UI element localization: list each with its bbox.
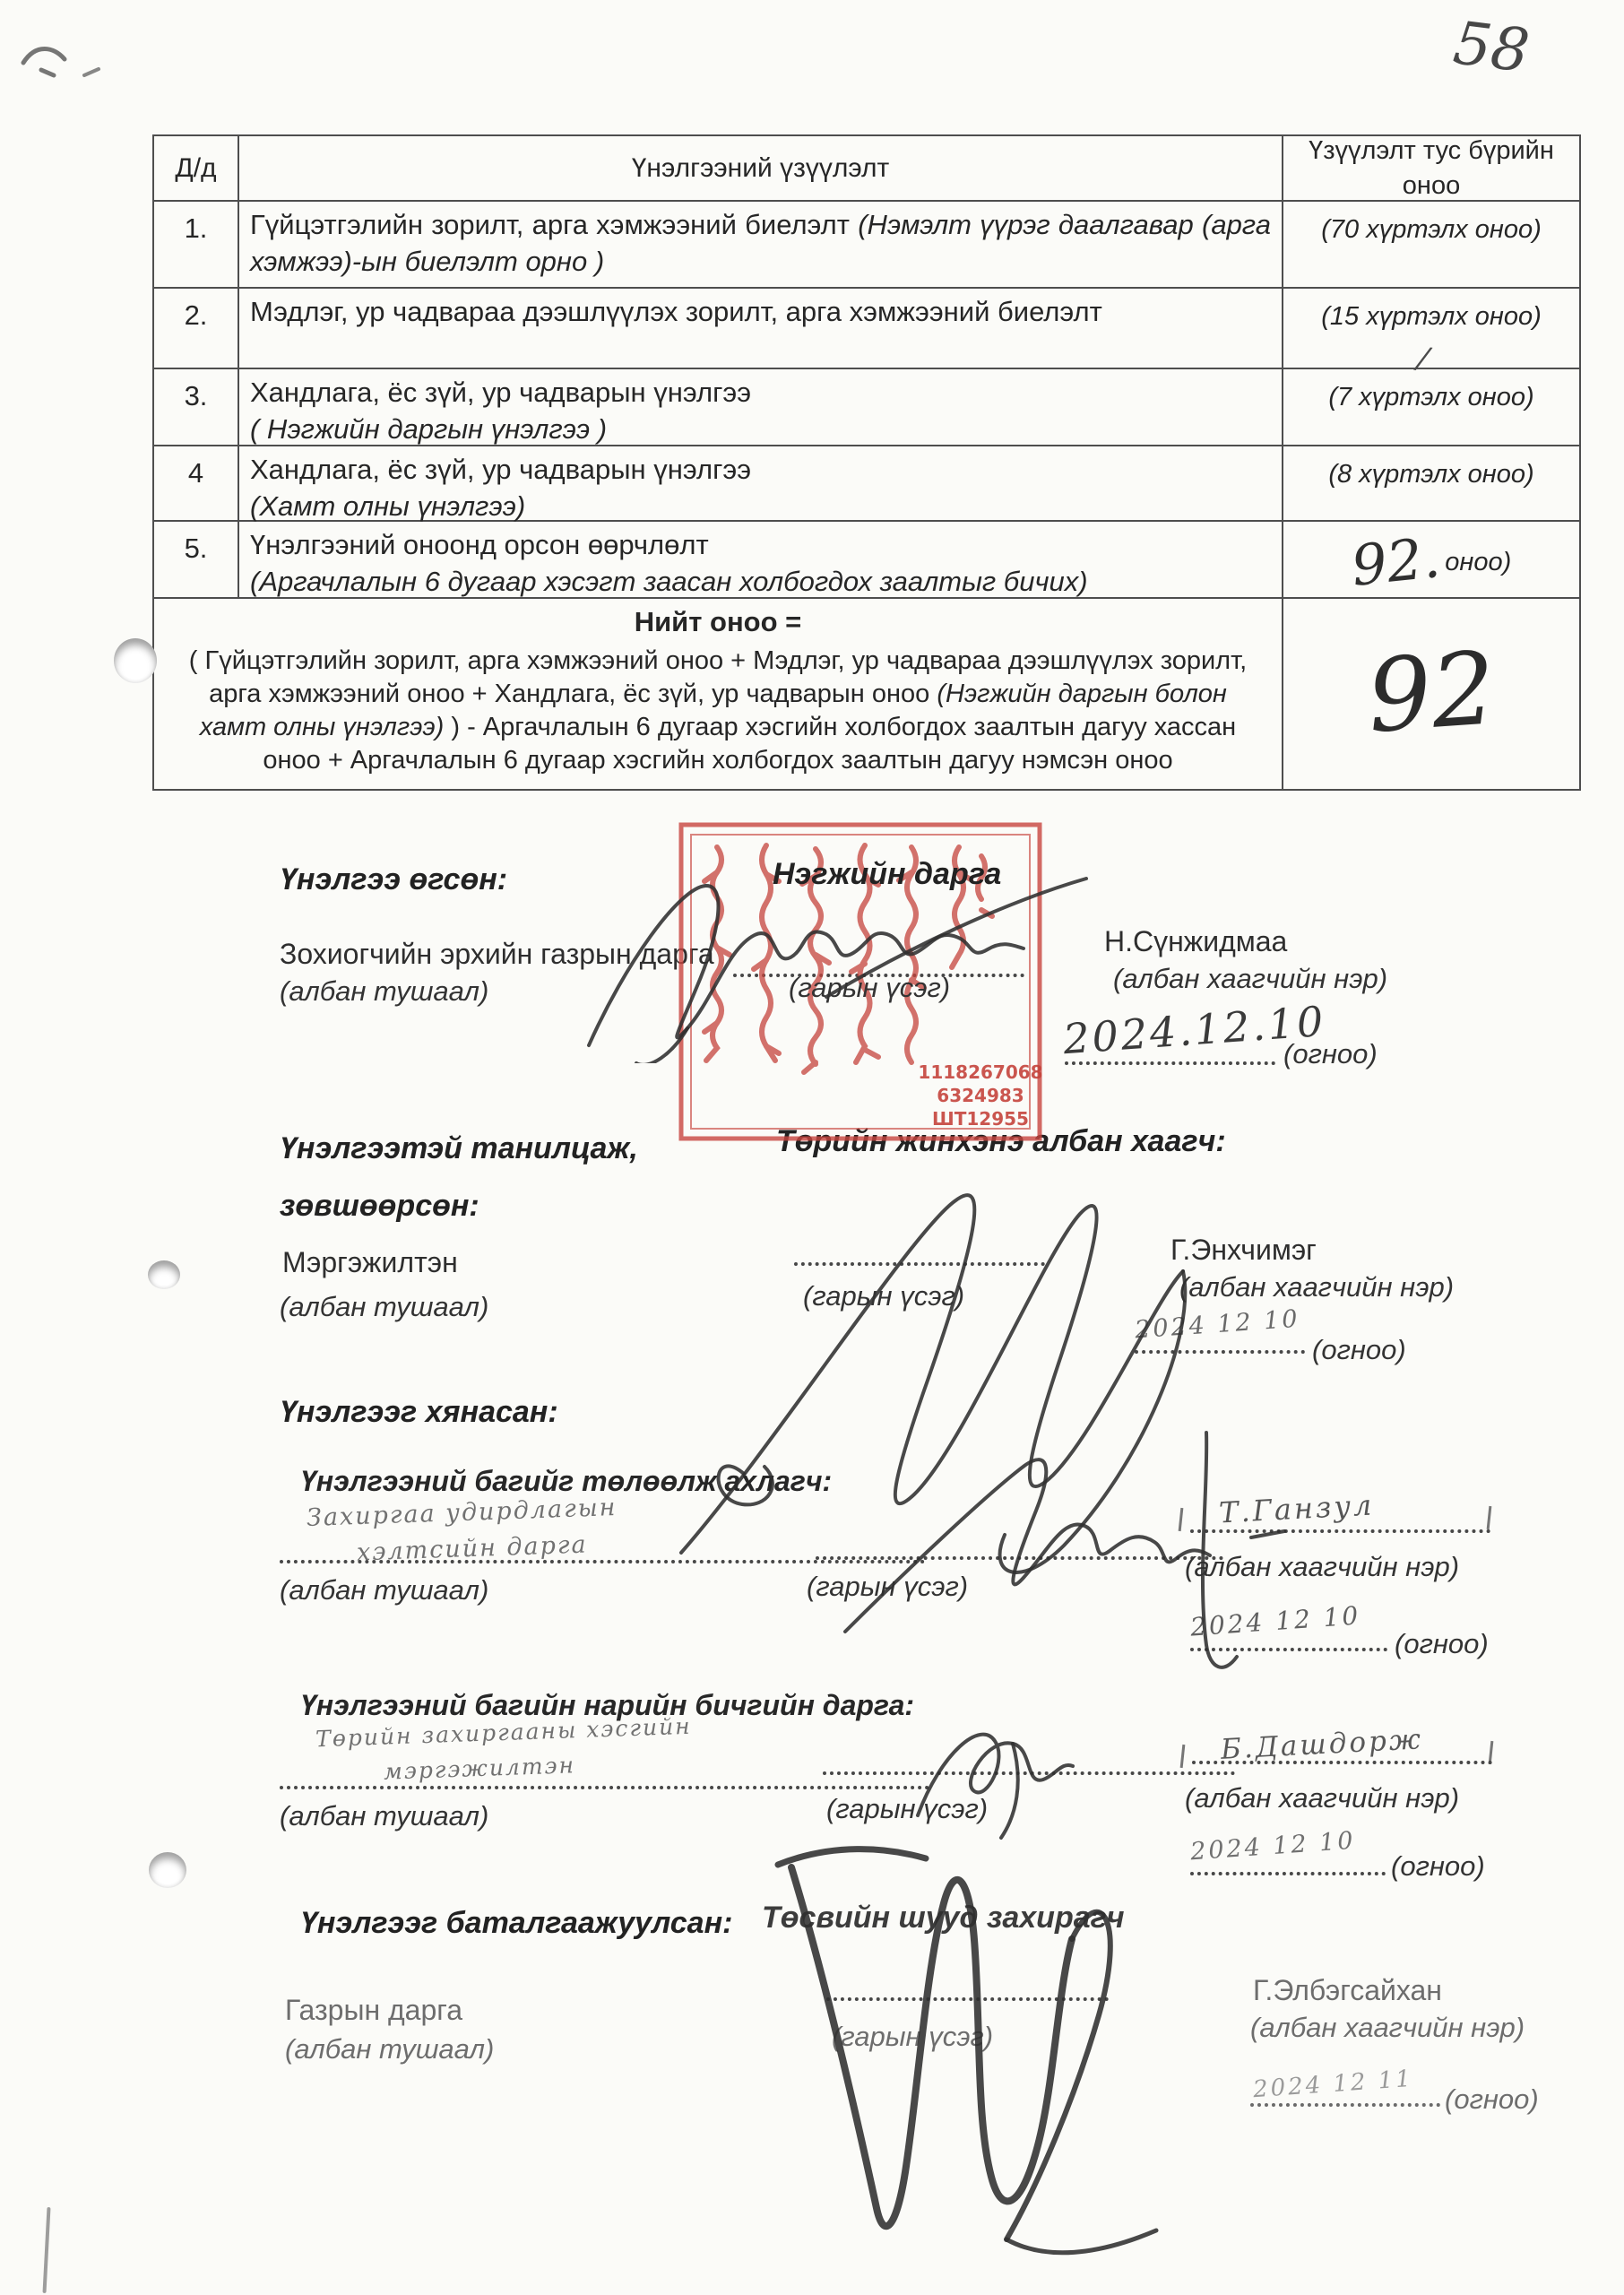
name-caption: (албан хаагчийн нэр)	[1185, 1782, 1459, 1814]
scanned-evaluation-form: 58 Д/д Үнэлгээний үзүүлэлт Үзүүлэлт тус …	[0, 0, 1624, 2295]
row-indicator: Мэдлэг, ур чадвараа дээшлүүлэх зорилт, а…	[239, 289, 1283, 369]
row-number: 2.	[154, 289, 239, 369]
evaluator-heading: Үнэлгээ өгсөн:	[280, 862, 507, 897]
acknowledged-position: Мэргэжилтэн	[282, 1246, 458, 1279]
certifier-signature	[742, 1827, 1172, 2275]
total-score-label: Нийт оноо =	[177, 604, 1258, 641]
team-lead-signature	[823, 1416, 1289, 1685]
name-caption: (албан хаагчийн нэр)	[1250, 2012, 1525, 2044]
certified-name: Г.Элбэгсайхан	[1253, 1974, 1442, 2007]
handwritten-page-number: 58	[1450, 8, 1533, 86]
pen-tick	[1487, 1506, 1492, 1529]
date-caption: (огноо)	[1283, 1038, 1378, 1070]
handwritten-score-92: 92.	[1349, 535, 1441, 589]
reviewed-heading: Үнэлгээг хянасан:	[280, 1395, 558, 1430]
position-caption: (албан тушаал)	[280, 975, 488, 1008]
pen-tick	[1180, 1745, 1186, 1768]
row-number: 3.	[154, 369, 239, 446]
handwritten-date: 2024 12 11	[1252, 2065, 1414, 2103]
handwritten-position: мэргэжилтэн	[384, 1752, 576, 1784]
certified-position: Газрын дарга	[285, 1994, 462, 2027]
row-score: (15 хүртэлх оноо) /	[1283, 289, 1579, 369]
row-number: 4	[154, 446, 239, 522]
handwritten-name: Б.Дашдорж	[1220, 1723, 1424, 1766]
row-score: (7 хүртэлх оноо)	[1283, 369, 1579, 446]
row-score: (8 хүртэлх оноо)	[1283, 446, 1579, 522]
date-caption: (огноо)	[1395, 1628, 1489, 1660]
handwritten-position: Захиргаа удирдлагын	[307, 1494, 618, 1532]
certified-heading: Үнэлгээг баталгаажуулсан:	[300, 1906, 732, 1941]
row-indicator-note: (Аргачлалын 6 дугаар хэсэгт заасан холбо…	[250, 564, 1271, 601]
punch-hole	[149, 1852, 186, 1888]
evaluator-signature	[549, 866, 1176, 1063]
column-header-indicator: Үнэлгээний үзүүлэлт	[239, 136, 1283, 202]
row-indicator-note: ( Нэгжийн даргын үнэлгээ )	[250, 411, 1271, 448]
signature-caption: (гарын үсэг)	[789, 972, 950, 1004]
date-caption: (огноо)	[1445, 2083, 1539, 2116]
total-score-formula: ( Гүйцэтгэлийн зорилт, арга хэмжээний он…	[177, 645, 1258, 777]
punch-hole	[148, 1260, 180, 1289]
position-caption: (албан тушаал)	[280, 1291, 488, 1323]
dotted-line	[1192, 1761, 1492, 1764]
dotted-line	[1250, 2103, 1440, 2107]
row-indicator: Гүйцэтгэлийн зорилт, арга хэмжээний биел…	[239, 202, 1283, 289]
total-score-cell: 92	[1283, 599, 1579, 789]
dotted-line	[1190, 1872, 1386, 1875]
evaluation-table: Д/д Үнэлгээний үзүүлэлт Үзүүлэлт тус бүр…	[152, 134, 1581, 791]
dotted-line	[280, 1786, 929, 1789]
row-number: 5.	[154, 522, 239, 599]
row-score: (70 хүртэлх оноо)	[1283, 202, 1579, 289]
pen-stroke-mark	[42, 2207, 50, 2293]
acknowledged-heading-line2: зөвшөөрсөн:	[280, 1189, 479, 1224]
signature-caption: (гарын үсэг)	[803, 1280, 964, 1312]
pen-scribble-marks	[14, 32, 131, 95]
column-header-no: Д/д	[154, 136, 239, 202]
row-indicator: Хандлага, ёс зүй, ур чадварын үнэлгээ( Н…	[239, 369, 1283, 446]
acknowledged-heading-line1: Үнэлгээтэй танилцаж,	[280, 1131, 638, 1166]
handwritten-date: 2024 12 10	[1189, 1827, 1356, 1866]
row-score: 92. оноо)	[1283, 522, 1579, 599]
row-indicator: Хандлага, ёс зүй, ур чадварын үнэлгээ(Ха…	[239, 446, 1283, 522]
total-score-formula-cell: Нийт оноо = ( Гүйцэтгэлийн зорилт, арга …	[154, 599, 1283, 789]
name-caption: (албан хаагчийн нэр)	[1179, 1271, 1454, 1303]
date-caption: (огноо)	[1312, 1334, 1406, 1366]
column-header-score: Үзүүлэлт тус бүрийн оноо	[1283, 136, 1579, 202]
row-number: 1.	[154, 202, 239, 289]
stamp-registration-numbers: 1118267068 6324983 ШТ12955	[917, 1061, 1044, 1130]
position-caption: (албан тушаал)	[280, 1800, 488, 1832]
date-caption: (огноо)	[1391, 1850, 1485, 1883]
punch-hole	[114, 638, 157, 683]
row-indicator: Үнэлгээний оноонд орсон өөрчлөлт(Аргачла…	[239, 522, 1283, 599]
row-indicator-note: (Хамт олны үнэлгээ)	[250, 489, 1271, 525]
position-caption: (албан тушаал)	[280, 1574, 488, 1606]
position-caption: (албан тушаал)	[285, 2033, 494, 2065]
handwritten-total-score: 92	[1363, 623, 1499, 764]
